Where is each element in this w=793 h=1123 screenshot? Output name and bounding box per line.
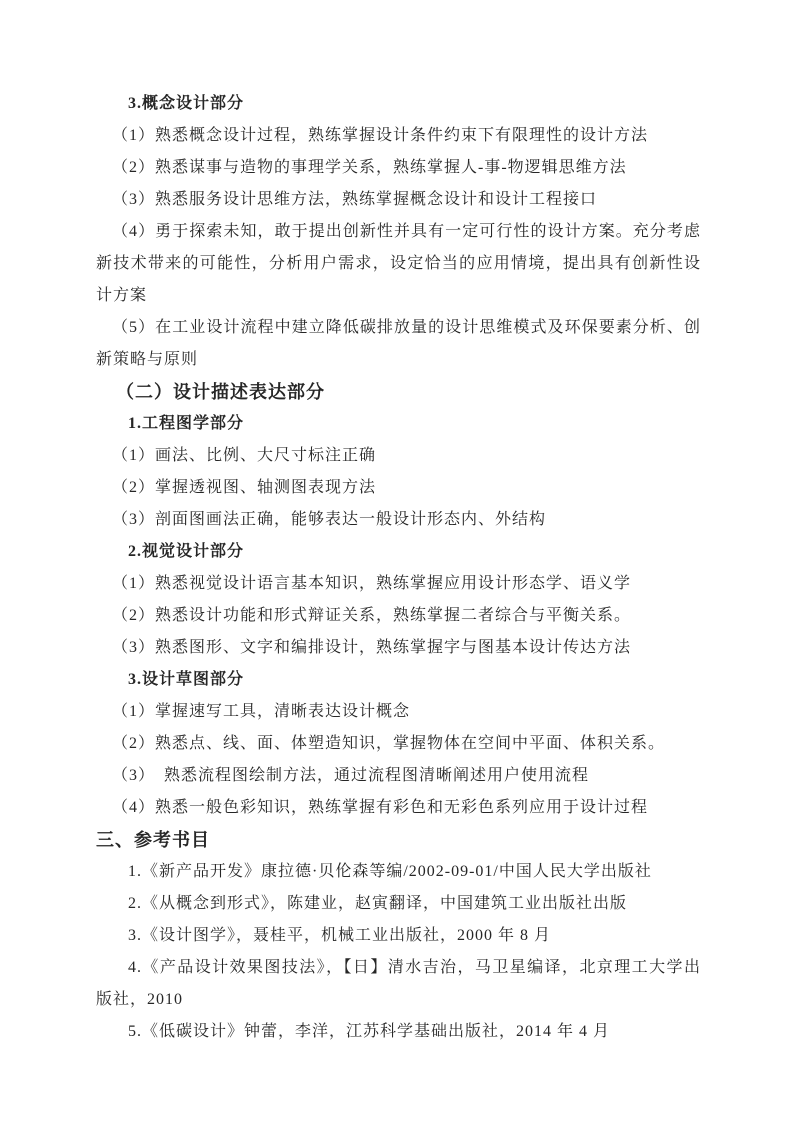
subsection-design-sketch: 3.设计草图部分 （1）掌握速写工具，清晰表达设计概念 （2）熟悉点、线、面、体… xyxy=(96,664,701,824)
section-design-description: （二）设计描述表达部分 1.工程图学部分 （1）画法、比例、大尺寸标注正确 （2… xyxy=(96,376,701,824)
reference-entry: 4.《产品设计效果图技法》，【日】清水吉治，马卫星编译，北京理工大学出版社，20… xyxy=(96,952,701,1016)
list-item: （2）掌握透视图、轴测图表现方法 xyxy=(96,472,701,504)
subsection-visual-design: 2.视觉设计部分 （1）熟悉视觉设计语言基本知识，熟练掌握应用设计形态学、语义学… xyxy=(96,536,701,664)
list-item: （1）熟悉概念设计过程，熟练掌握设计条件约束下有限理性的设计方法 xyxy=(96,120,701,152)
reference-entry: 1.《新产品开发》康拉德·贝伦森等编/2002-09-01/中国人民大学出版社 xyxy=(96,856,701,888)
list-item: （3） 熟悉流程图绘制方法，通过流程图清晰阐述用户使用流程 xyxy=(96,760,701,792)
subsection-heading-engineering-drawing: 1.工程图学部分 xyxy=(96,408,701,440)
list-item: （2）熟悉点、线、面、体塑造知识，掌握物体在空间中平面、体积关系。 xyxy=(96,728,701,760)
subsection-heading-visual-design: 2.视觉设计部分 xyxy=(96,536,701,568)
chapter-heading-references: 三、参考书目 xyxy=(96,824,701,856)
list-item: （2）熟悉设计功能和形式辩证关系，熟练掌握二者综合与平衡关系。 xyxy=(96,600,701,632)
list-item: （3）剖面图画法正确，能够表达一般设计形态内、外结构 xyxy=(96,504,701,536)
list-item: （1）熟悉视觉设计语言基本知识，熟练掌握应用设计形态学、语义学 xyxy=(96,568,701,600)
reference-entry: 3.《设计图学》，聂桂平，机械工业出版社，2000 年 8 月 xyxy=(96,920,701,952)
document-page: 3.概念设计部分 （1）熟悉概念设计过程，熟练掌握设计条件约束下有限理性的设计方… xyxy=(0,0,793,1123)
subsection-heading-concept-design: 3.概念设计部分 xyxy=(96,88,701,120)
list-item: （4）勇于探索未知，敢于提出创新性并具有一定可行性的设计方案。充分考虑新技术带来… xyxy=(96,216,701,312)
list-item: （3）熟悉服务设计思维方法，熟练掌握概念设计和设计工程接口 xyxy=(96,184,701,216)
reference-entry: 5.《低碳设计》钟蕾，李洋，江苏科学基础出版社，2014 年 4 月 xyxy=(96,1016,701,1048)
section-concept-design: 3.概念设计部分 （1）熟悉概念设计过程，熟练掌握设计条件约束下有限理性的设计方… xyxy=(96,88,701,376)
list-item: （5）在工业设计流程中建立降低碳排放量的设计思维模式及环保要素分析、创新策略与原… xyxy=(96,312,701,376)
section-heading-design-description: （二）设计描述表达部分 xyxy=(96,376,701,408)
section-references: 三、参考书目 1.《新产品开发》康拉德·贝伦森等编/2002-09-01/中国人… xyxy=(96,824,701,1048)
reference-entry: 2.《从概念到形式》，陈建业，赵寅翻译，中国建筑工业出版社出版 xyxy=(96,888,701,920)
list-item: （2）熟悉谋事与造物的事理学关系，熟练掌握人-事-物逻辑思维方法 xyxy=(96,152,701,184)
list-item: （1）掌握速写工具，清晰表达设计概念 xyxy=(96,696,701,728)
list-item: （4）熟悉一般色彩知识，熟练掌握有彩色和无彩色系列应用于设计过程 xyxy=(96,792,701,824)
list-item: （3）熟悉图形、文字和编排设计，熟练掌握字与图基本设计传达方法 xyxy=(96,632,701,664)
list-item: （1）画法、比例、大尺寸标注正确 xyxy=(96,440,701,472)
subsection-heading-design-sketch: 3.设计草图部分 xyxy=(96,664,701,696)
subsection-engineering-drawing: 1.工程图学部分 （1）画法、比例、大尺寸标注正确 （2）掌握透视图、轴测图表现… xyxy=(96,408,701,536)
